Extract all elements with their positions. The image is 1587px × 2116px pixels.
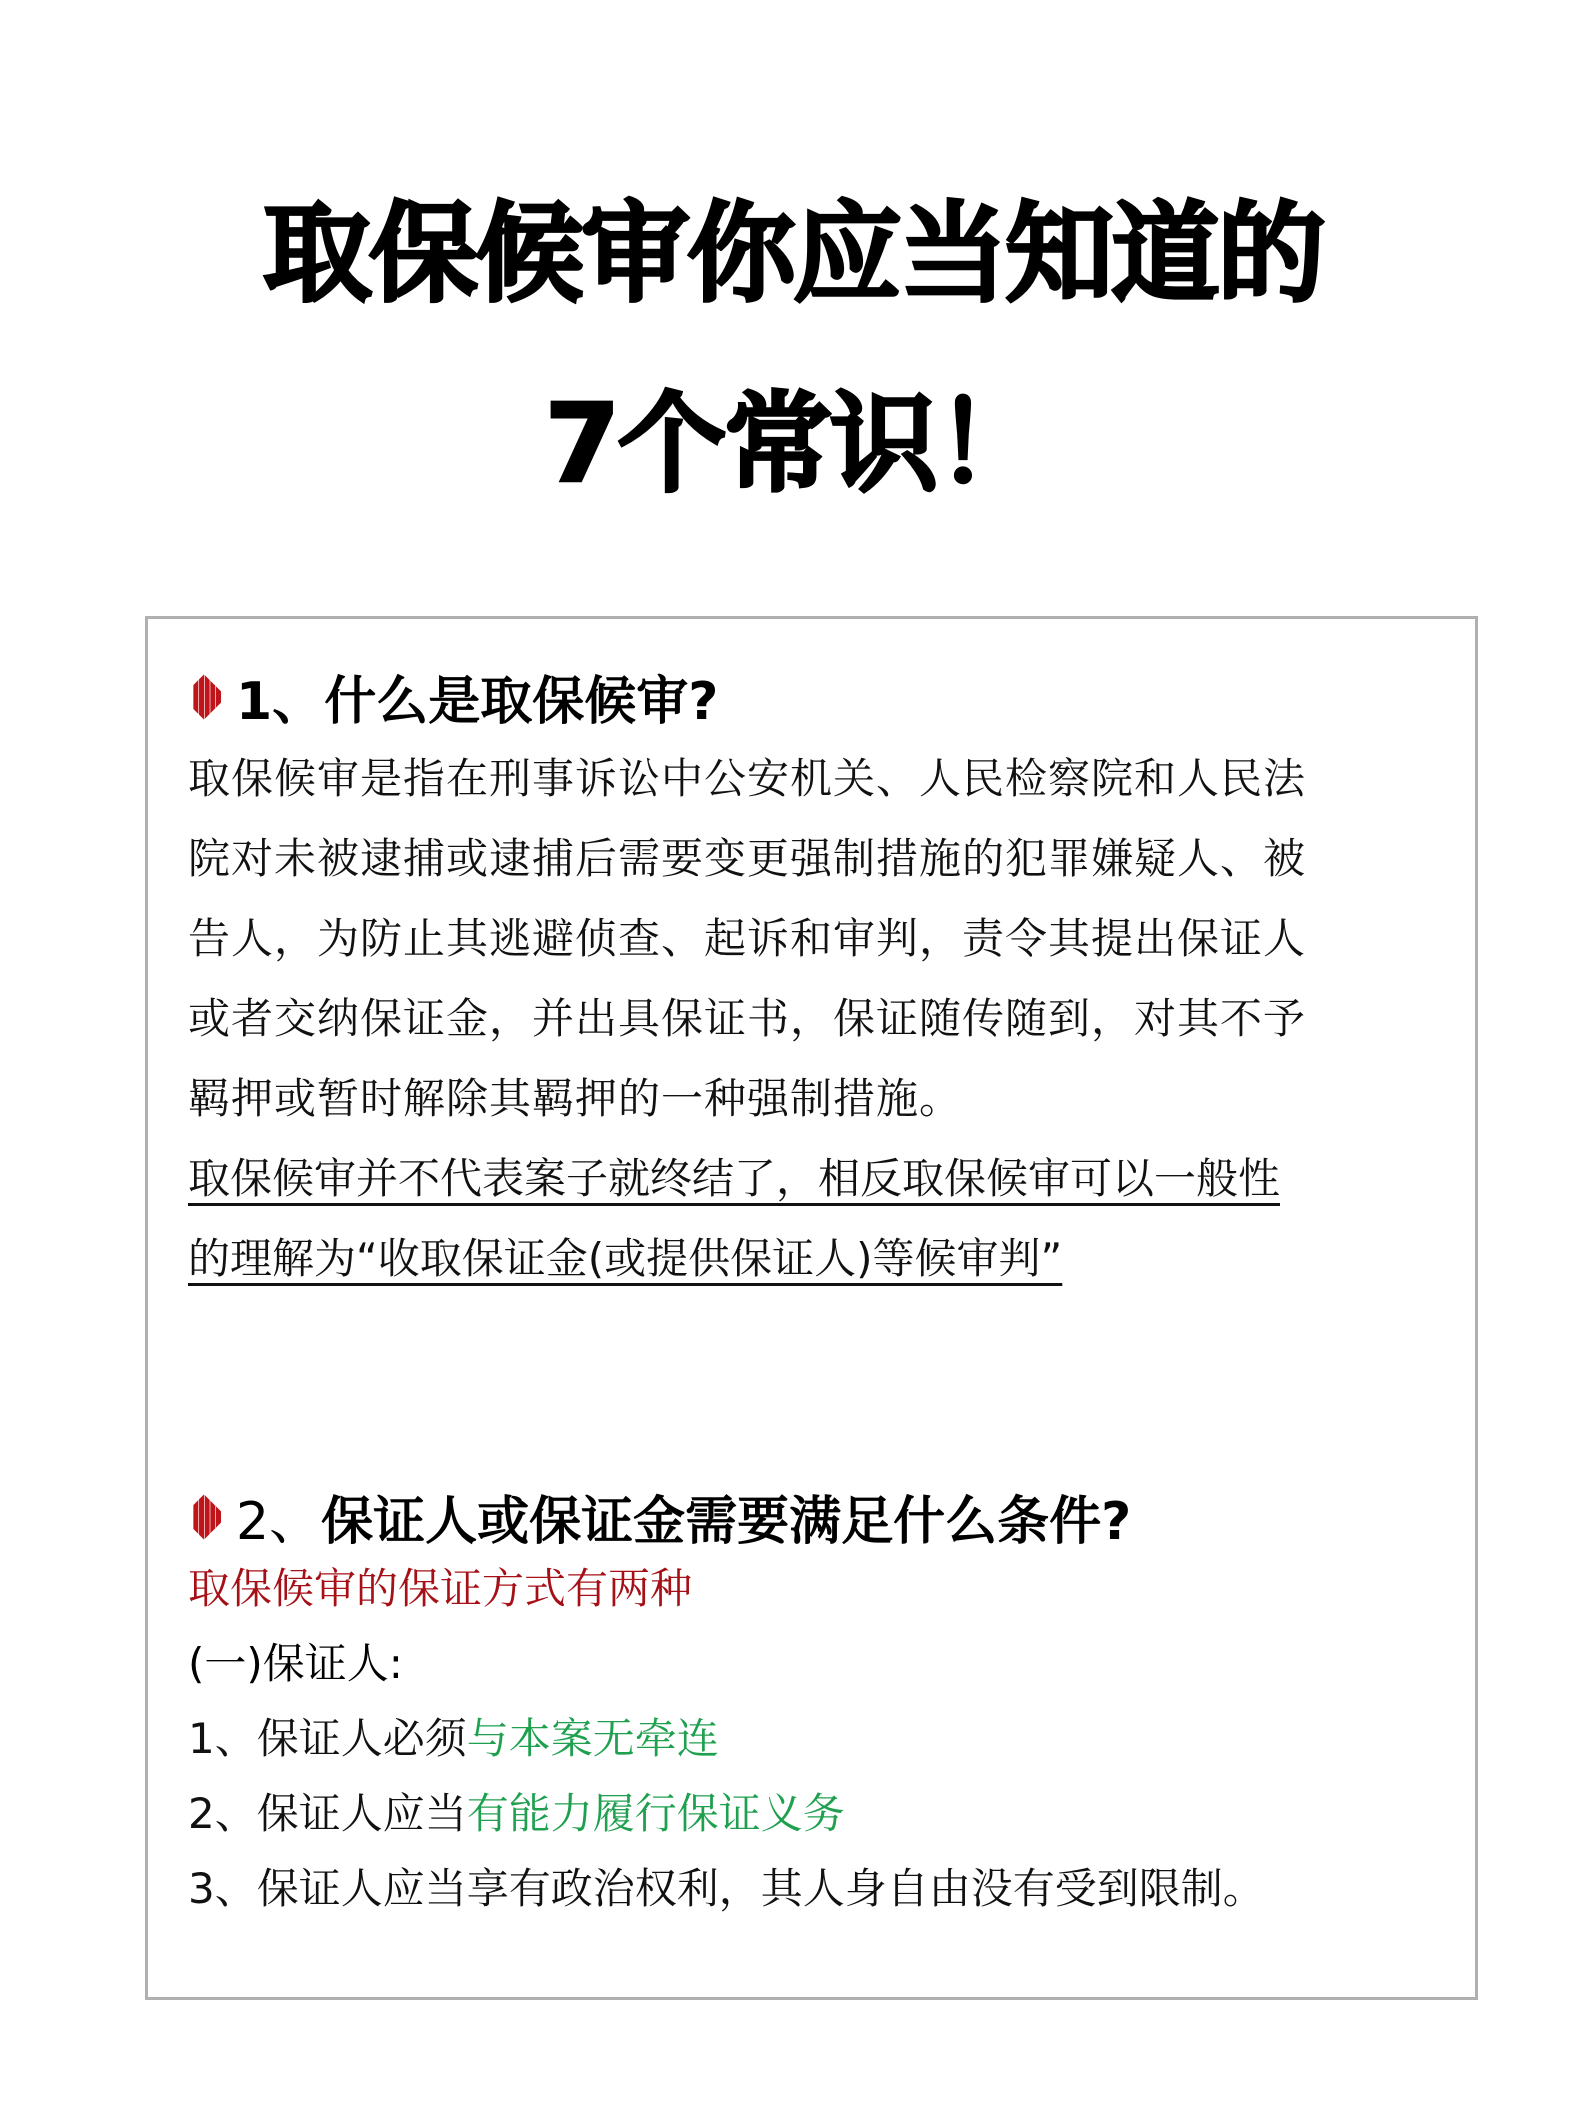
red-stripe-bullet-icon	[181, 1494, 226, 1539]
definition-paragraph: 取保候审是指在刑事诉讼中公安机关、人民检察院和人民法 院对未被逮捕或逮捕后需要变…	[188, 739, 1448, 1139]
title-text: 取保候审你应当知道的	[263, 190, 1323, 320]
title-text: 7个常识！	[545, 380, 1042, 510]
highlight-text: 有能力履行保证义务	[467, 1789, 845, 1838]
guarantor-subheading: (一)保证人:	[188, 1634, 403, 1694]
text-line: 院对未被逮捕或逮捕后需要变更强制措施的犯罪嫌疑人、被	[188, 819, 1448, 899]
text-line: 告人，为防止其逃避侦查、起诉和审判，责令其提出保证人	[188, 899, 1448, 979]
page-title-line-1: 取保候审你应当知道的	[0, 190, 1587, 320]
text-line: 羁押或暂时解除其羁押的一种强制措施。	[188, 1059, 1448, 1139]
section-title: 什么是取保候审?	[324, 659, 718, 734]
highlight-text: 与本案无牵连	[467, 1714, 719, 1763]
underlined-line: 取保候审并不代表案子就终结了，相反取保候审可以一般性	[188, 1154, 1280, 1203]
list-item: 1、保证人必须与本案无牵连	[188, 1709, 719, 1769]
page-title-line-2: 7个常识！	[0, 380, 1587, 510]
underlined-line: 的理解为“收取保证金(或提供保证人)等候审判”	[188, 1234, 1062, 1283]
guarantee-methods-intro: 取保候审的保证方式有两种	[188, 1559, 692, 1619]
text-line: 取保候审是指在刑事诉讼中公安机关、人民检察院和人民法	[188, 739, 1448, 819]
content-card: 1、 什么是取保候审? 取保候审是指在刑事诉讼中公安机关、人民检察院和人民法 院…	[145, 616, 1478, 2000]
text-line: 或者交纳保证金，并出具保证书，保证随传随到，对其不予	[188, 979, 1448, 1059]
list-item: 3、保证人应当享有政治权利，其人身自由没有受到限制。	[188, 1859, 1265, 1919]
section-number: 1、	[236, 659, 324, 734]
list-item: 2、保证人应当有能力履行保证义务	[188, 1784, 845, 1844]
section-title: 保证人或保证金需要满足什么条件?	[321, 1479, 1131, 1554]
section-1-heading: 1、 什么是取保候审?	[188, 659, 718, 734]
underlined-note: 取保候审并不代表案子就终结了，相反取保候审可以一般性 的理解为“收取保证金(或提…	[188, 1139, 1448, 1299]
section-2-heading: 2、 保证人或保证金需要满足什么条件?	[188, 1479, 1131, 1554]
section-number: 2、	[236, 1479, 321, 1554]
red-stripe-bullet-icon	[181, 674, 226, 719]
